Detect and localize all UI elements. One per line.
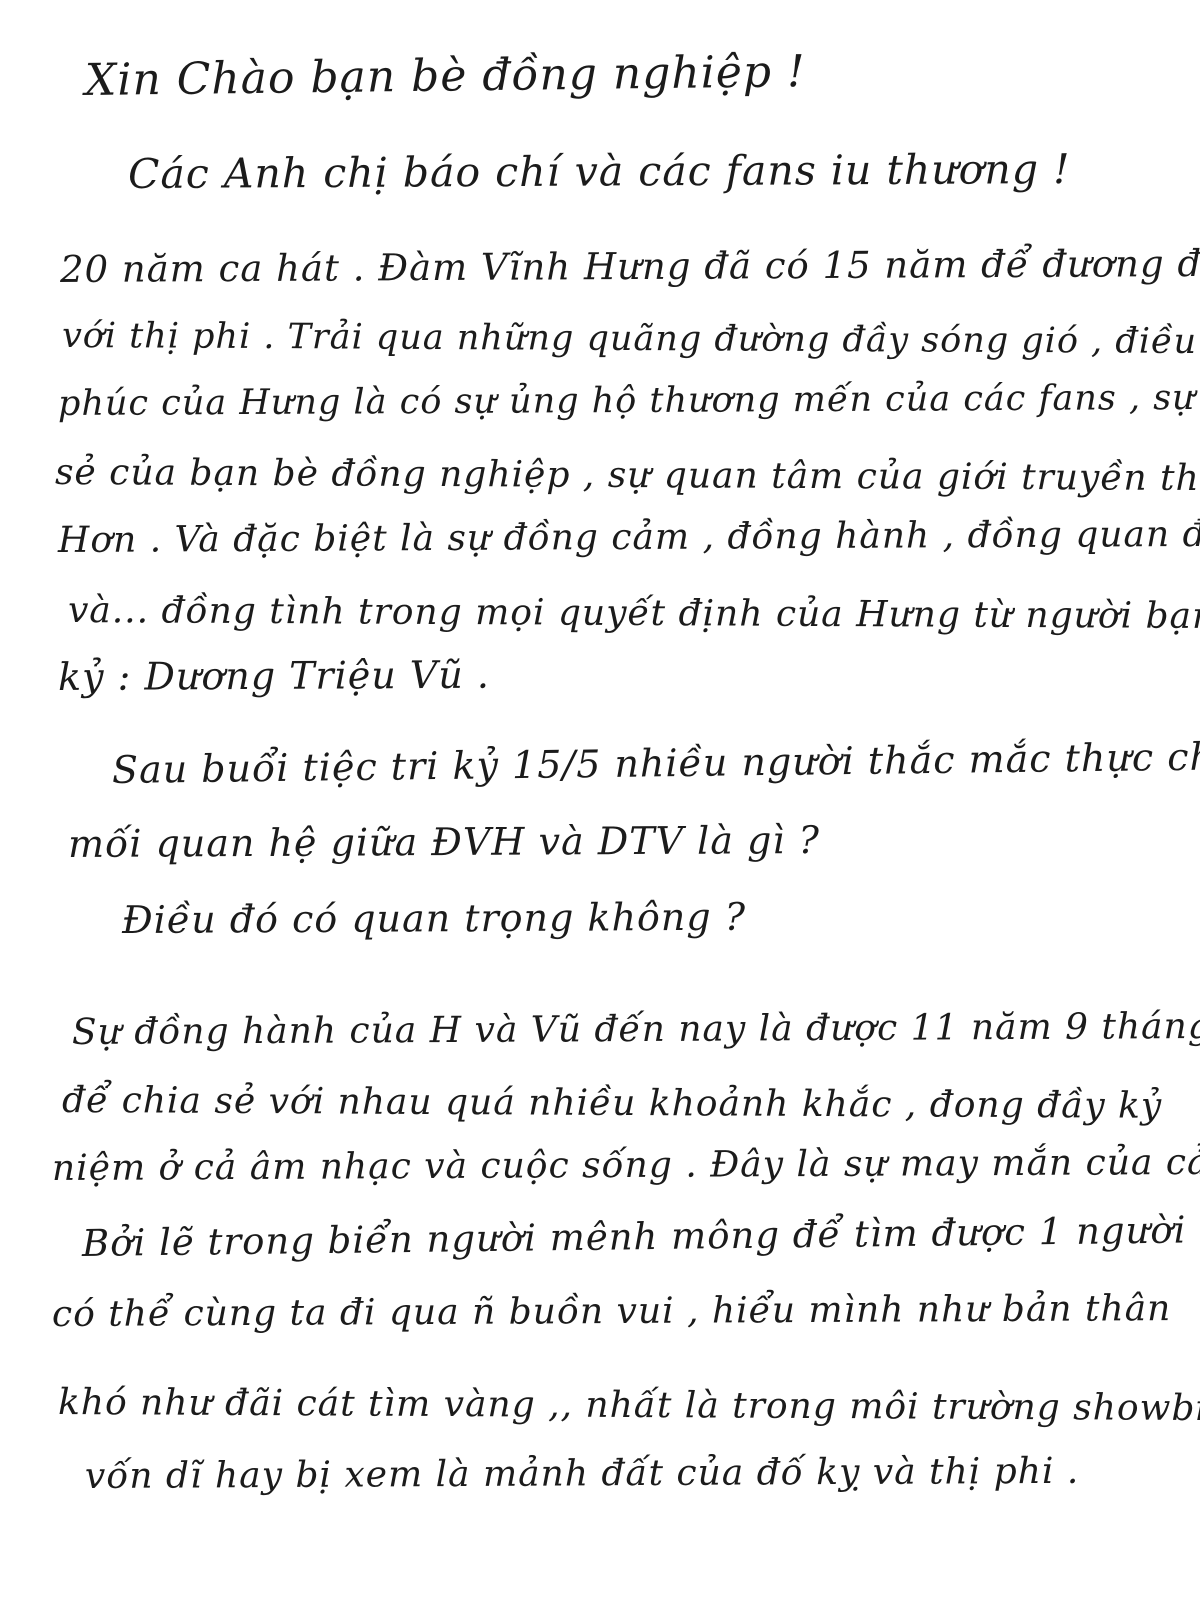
handwritten-line: để chia sẻ với nhau quá nhiều khoảnh khắ…: [62, 1080, 1162, 1127]
handwritten-line: và... đồng tình trong mọi quyết định của…: [68, 590, 1200, 637]
handwritten-line: Các Anh chị báo chí và các fans iu thươn…: [128, 145, 1071, 198]
handwritten-line: mối quan hệ giữa ĐVH và DTV là gì ?: [68, 818, 820, 866]
handwritten-line: Bởi lẽ trong biển người mênh mông để tìm…: [82, 1209, 1187, 1265]
handwritten-line: niệm ở cả âm nhạc và cuộc sống . Đây là …: [52, 1142, 1200, 1189]
handwritten-line: vốn dĩ hay bị xem là mảnh đất của đố kỵ …: [85, 1451, 1080, 1497]
handwritten-line: Hơn . Và đặc biệt là sự đồng cảm , đồng …: [58, 514, 1200, 561]
letter-page: Xin Chào bạn bè đồng nghiệp ! Các Anh ch…: [0, 0, 1200, 1600]
handwritten-line: Sau buổi tiệc tri kỷ 15/5 nhiều người th…: [112, 734, 1200, 792]
handwritten-line: Xin Chào bạn bè đồng nghiệp !: [85, 46, 806, 106]
handwritten-line: sẻ của bạn bè đồng nghiệp , sự quan tâm …: [55, 452, 1200, 499]
handwritten-line: kỷ : Dương Triệu Vũ .: [58, 653, 490, 699]
handwritten-line: Sự đồng hành của H và Vũ đến nay là được…: [72, 1006, 1200, 1053]
handwritten-line: phúc của Hưng là có sự ủng hộ thương mến…: [58, 378, 1200, 424]
handwritten-line: 20 năm ca hát . Đàm Vĩnh Hưng đã có 15 n…: [60, 242, 1200, 291]
handwritten-line: khó như đãi cát tìm vàng ,, nhất là tron…: [58, 1382, 1200, 1429]
handwritten-line: Điều đó có quan trọng không ?: [122, 895, 746, 942]
handwritten-line: với thị phi . Trải qua những quãng đường…: [62, 316, 1200, 362]
handwritten-line: có thể cùng ta đi qua ñ buồn vui , hiểu …: [52, 1288, 1172, 1335]
